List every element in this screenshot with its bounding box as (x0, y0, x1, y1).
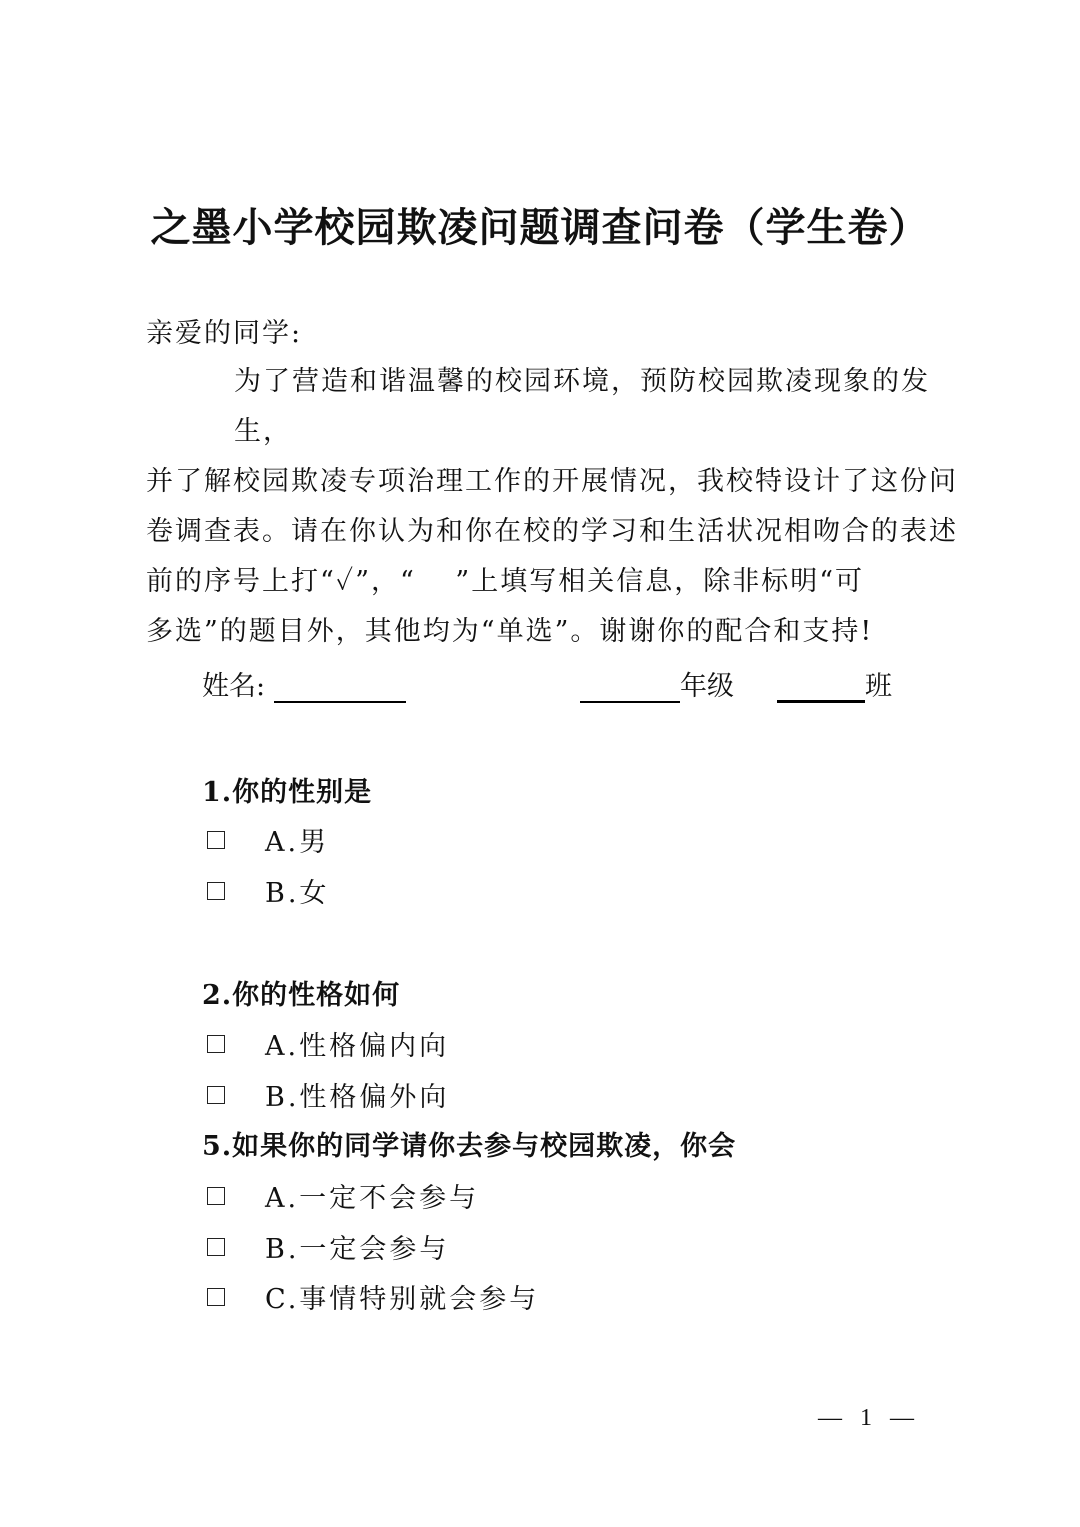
checkbox[interactable] (207, 1086, 225, 1104)
checkbox[interactable] (207, 1035, 225, 1053)
question-5-option-b[interactable]: B.一定会参与 (207, 1227, 449, 1266)
name-field[interactable] (274, 673, 406, 703)
question-5-option-a[interactable]: A.一定不会参与 (207, 1176, 479, 1215)
option-label: C.事情特别就会参与 (265, 1277, 539, 1316)
grade-field[interactable] (580, 673, 680, 703)
class-label: 班 (865, 671, 892, 702)
grade-label: 年级 (680, 671, 734, 702)
name-label: 姓名: (202, 671, 265, 702)
option-label: A.男 (265, 820, 329, 859)
checkbox[interactable] (207, 1288, 225, 1306)
option-label: A.一定不会参与 (265, 1176, 479, 1215)
page-number: — 1 — (818, 1405, 920, 1432)
grade-field-group: 年级 (580, 664, 734, 704)
intro-paragraph: 为了营造和谐温馨的校园环境，预防校园欺凌现象的发生， 并了解校园欺凌专项治理工作… (146, 357, 966, 657)
question-5-option-c[interactable]: C.事情特别就会参与 (207, 1277, 539, 1316)
option-label: B.一定会参与 (265, 1227, 449, 1266)
greeting: 亲爱的同学: (146, 309, 302, 359)
question-1-title: 1.你的性别是 (202, 770, 372, 809)
option-label: A.性格偏内向 (265, 1024, 449, 1063)
question-2-title: 2.你的性格如何 (202, 973, 400, 1012)
class-field-group: 班 (777, 664, 892, 704)
document-title: 之墨小学校园欺凌问题调查问卷（学生卷） (0, 196, 1080, 253)
checkbox[interactable] (207, 882, 225, 900)
intro-line: 前的序号上打“✓”，“ ”上填写相关信息，除非标明“可 (146, 557, 966, 607)
option-label: B.性格偏外向 (265, 1075, 449, 1114)
option-label: B.女 (265, 871, 329, 910)
intro-line: 多选”的题目外，其他均为“单选”。谢谢你的配合和支持! (146, 607, 966, 657)
checkbox[interactable] (207, 1238, 225, 1256)
student-info-row: 姓名: (202, 664, 406, 704)
checkbox[interactable] (207, 831, 225, 849)
intro-line: 为了营造和谐温馨的校园环境，预防校园欺凌现象的发生， (146, 357, 966, 457)
class-field[interactable] (777, 672, 865, 703)
intro-line: 卷调查表。请在你认为和你在校的学习和生活状况相吻合的表述 (146, 507, 966, 557)
intro-line: 并了解校园欺凌专项治理工作的开展情况，我校特设计了这份问 (146, 457, 966, 507)
question-2-option-a[interactable]: A.性格偏内向 (207, 1024, 449, 1063)
question-2-option-b[interactable]: B.性格偏外向 (207, 1075, 449, 1114)
question-1-option-a[interactable]: A.男 (207, 820, 329, 859)
checkbox[interactable] (207, 1187, 225, 1205)
question-1-option-b[interactable]: B.女 (207, 871, 329, 910)
question-5-title: 5.如果你的同学请你去参与校园欺凌，你会 (202, 1124, 736, 1163)
